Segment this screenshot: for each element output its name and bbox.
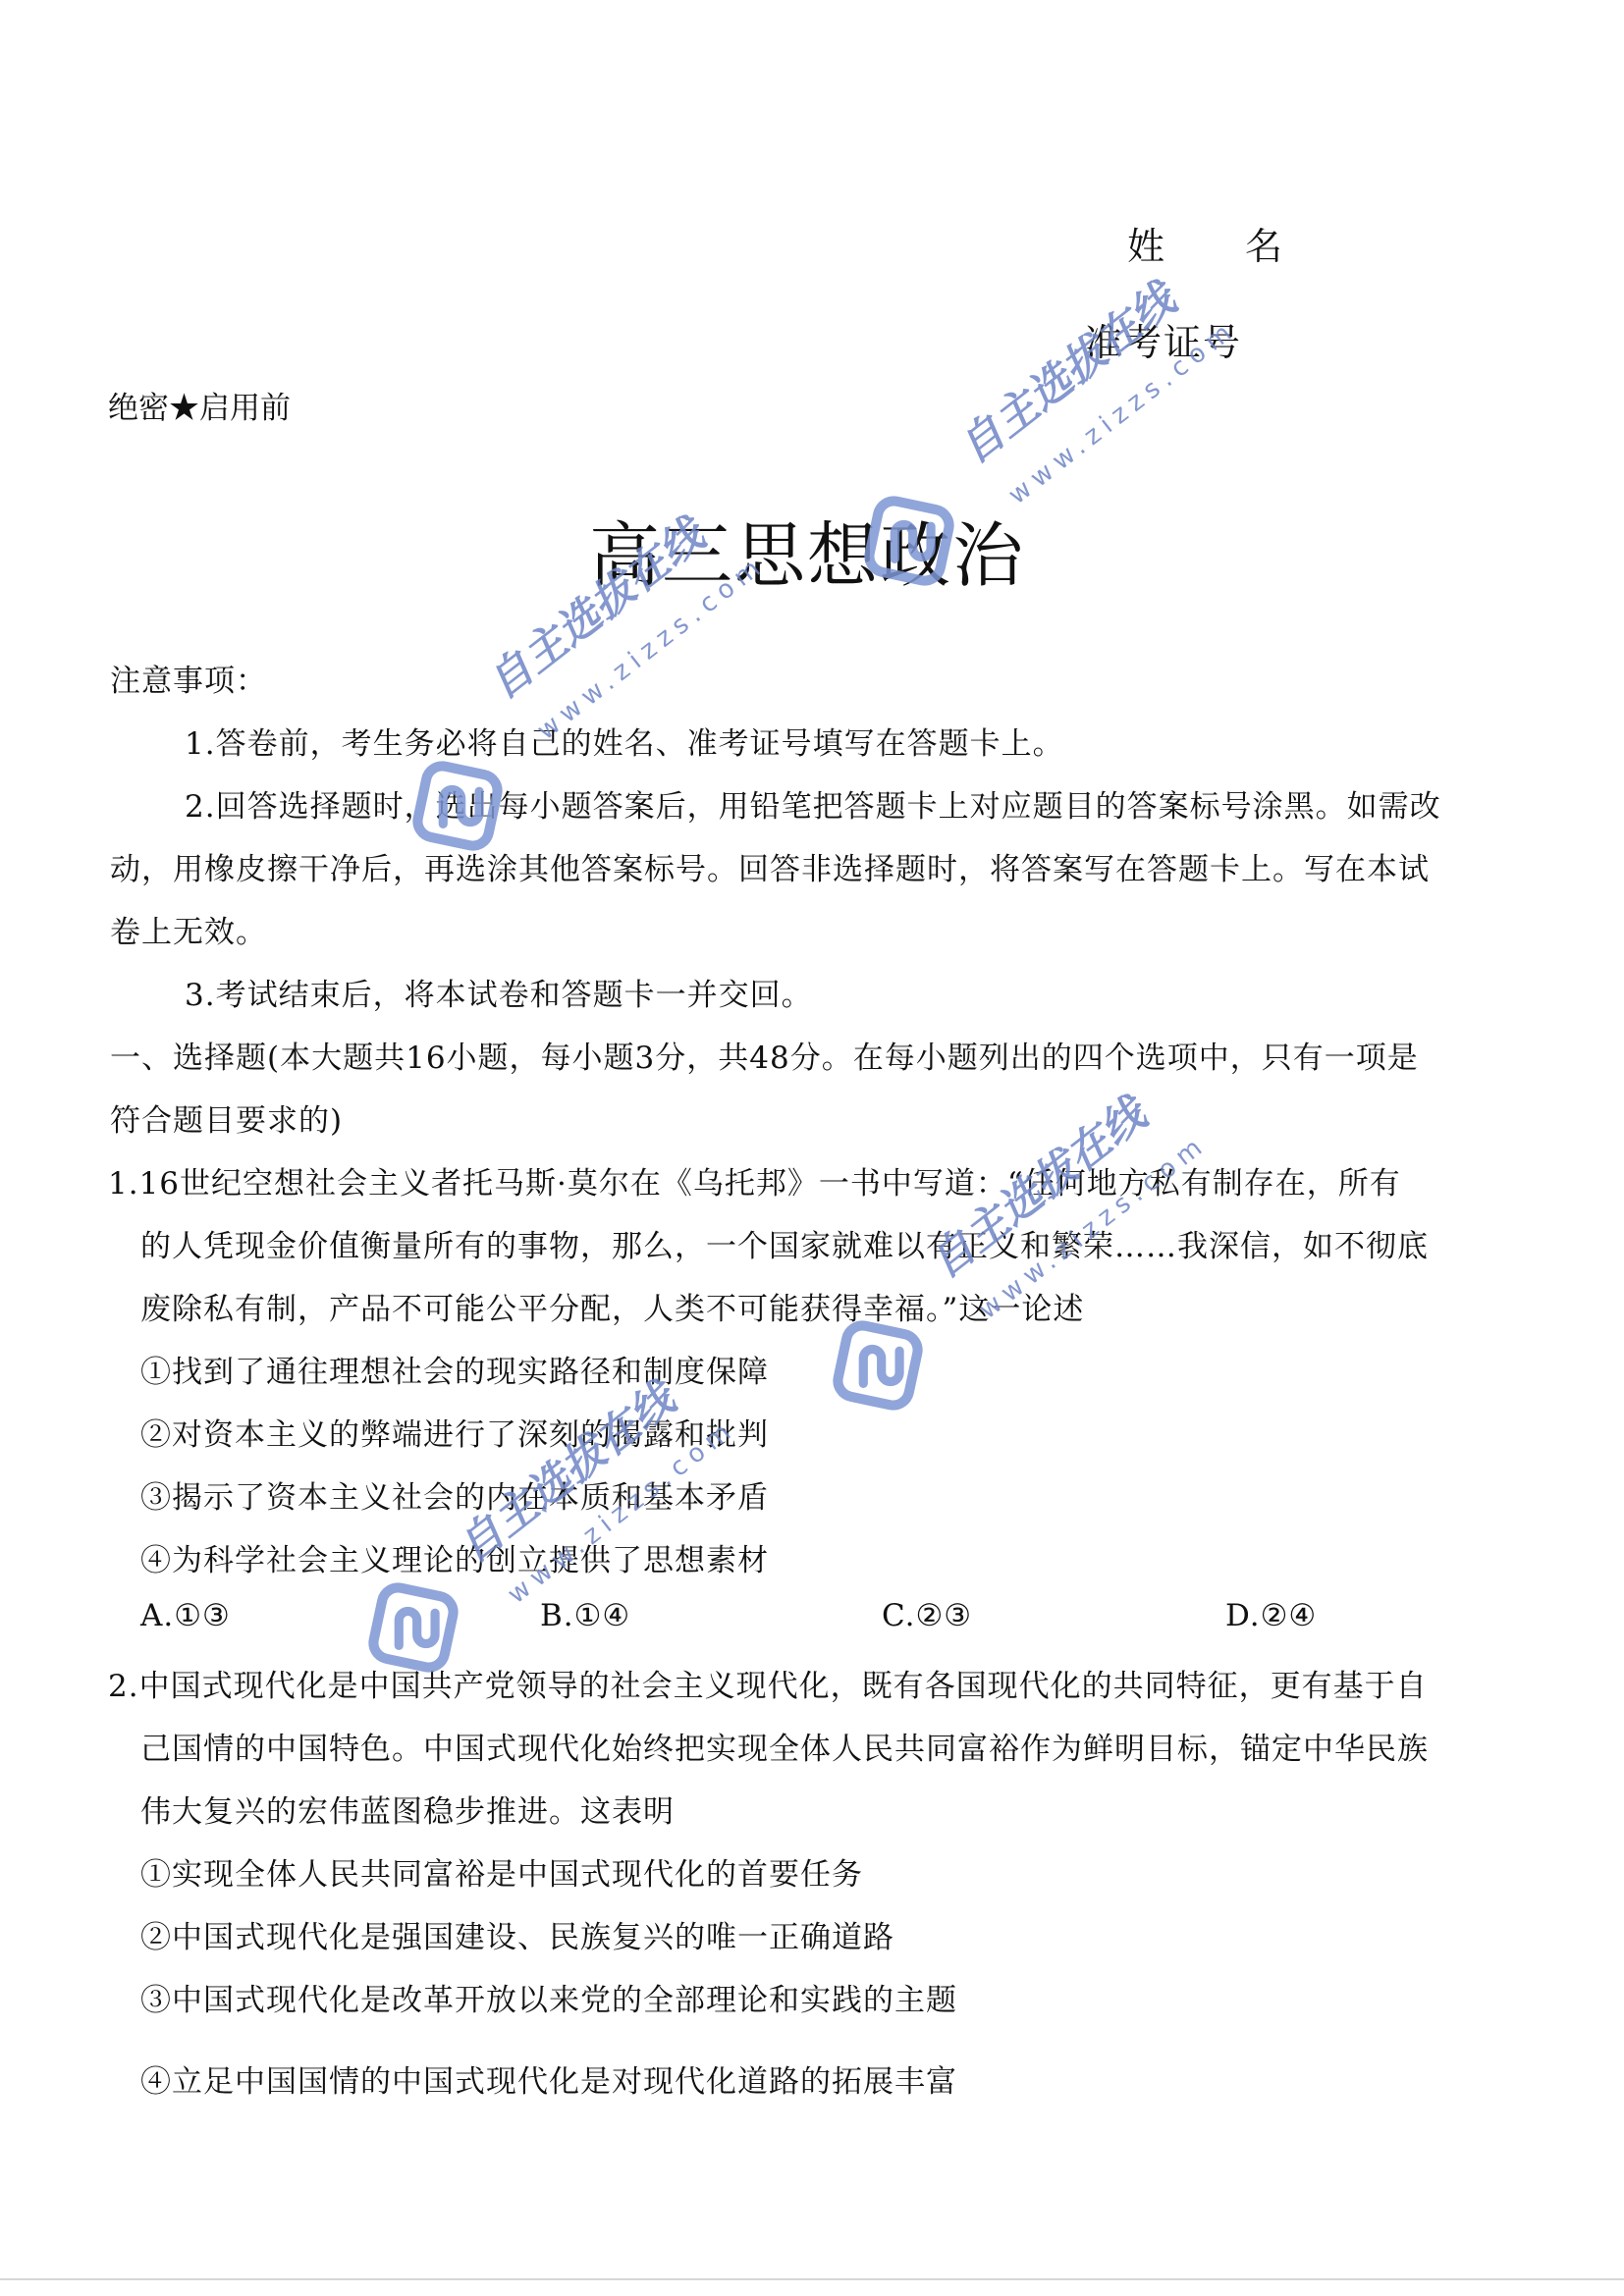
q1-statement-3: ③揭示了资本主义社会的内在本质和基本矛盾	[140, 1472, 769, 1517]
q1-statement-2: ②对资本主义的弊端进行了深刻的揭露和批判	[140, 1410, 769, 1454]
q2-statement-2: ②中国式现代化是强国建设、民族复兴的唯一正确道路	[140, 1912, 894, 1956]
exam-id-label: 准考证号	[1085, 312, 1242, 366]
watermark-brand-text: 自主选拔在线	[944, 266, 1186, 475]
watermark-logo-icon	[412, 761, 503, 851]
q1-stem-line3: 废除私有制，产品不可能公平分配，人类不可能获得幸福。”这一论述	[140, 1284, 1084, 1328]
q1-option-b: B.①④	[540, 1598, 630, 1633]
confidential-mark: 绝密★启用前	[108, 383, 291, 427]
page-title: 高三思想政治	[589, 499, 1025, 601]
watermark-logo-icon	[864, 496, 954, 586]
section-heading-cont: 符合题目要求的)	[110, 1095, 343, 1140]
notice-item-2-cont: 动，用橡皮擦干净后，再选涂其他答案标号。回答非选择题时，将答案写在答题卡上。写在…	[110, 844, 1430, 888]
watermark-logo-icon	[833, 1320, 923, 1411]
q1-stem-line2: 的人凭现金价值衡量所有的事物，那么，一个国家就难以有正义和繁荣……我深信，如不彻…	[140, 1221, 1429, 1265]
section-heading: 一、选择题(本大题共16小题，每小题3分，共48分。在每小题列出的四个选项中，只…	[110, 1033, 1419, 1077]
q2-stem-line2: 己国情的中国特色。中国式现代化始终把实现全体人民共同富裕作为鲜明目标，锚定中华民…	[140, 1724, 1429, 1768]
notice-item-3: 3.考试结束后，将本试卷和答题卡一并交回。	[185, 970, 813, 1014]
notice-heading: 注意事项：	[110, 656, 267, 700]
q1-stem-line1: 1.16世纪空想社会主义者托马斯·莫尔在《乌托邦》一书中写道：“任何地方私有制存…	[108, 1158, 1401, 1202]
notice-item-1: 1.答卷前，考生务必将自己的姓名、准考证号填写在答题卡上。	[185, 719, 1064, 763]
q1-statement-1: ①找到了通往理想社会的现实路径和制度保障	[140, 1347, 769, 1391]
q2-statement-1: ①实现全体人民共同富裕是中国式现代化的首要任务	[140, 1849, 863, 1894]
name-label: 姓 名	[1127, 216, 1284, 270]
q2-statement-3: ③中国式现代化是改革开放以来党的全部理论和实践的主题	[140, 1975, 957, 2019]
q2-stem-line3: 伟大复兴的宏伟蓝图稳步推进。这表明	[140, 1787, 675, 1831]
q2-stem-line1: 2.中国式现代化是中国共产党领导的社会主义现代化，既有各国现代化的共同特征，更有…	[108, 1661, 1428, 1705]
q1-option-c: C.②③	[882, 1598, 972, 1633]
q2-statement-4: ④立足中国国情的中国式现代化是对现代化道路的拓展丰富	[140, 2056, 957, 2101]
notice-item-2: 2.回答选择题时，选出每小题答案后，用铅笔把答题卡上对应题目的答案标号涂黑。如需…	[185, 781, 1441, 826]
page-bottom-border	[0, 2278, 1624, 2280]
q1-statement-4: ④为科学社会主义理论的创立提供了思想素材	[140, 1535, 769, 1579]
q1-option-d: D.②④	[1225, 1598, 1317, 1633]
notice-item-2-end: 卷上无效。	[110, 907, 267, 951]
watermark-logo-icon	[368, 1582, 459, 1673]
q1-option-a: A.①③	[140, 1598, 231, 1633]
